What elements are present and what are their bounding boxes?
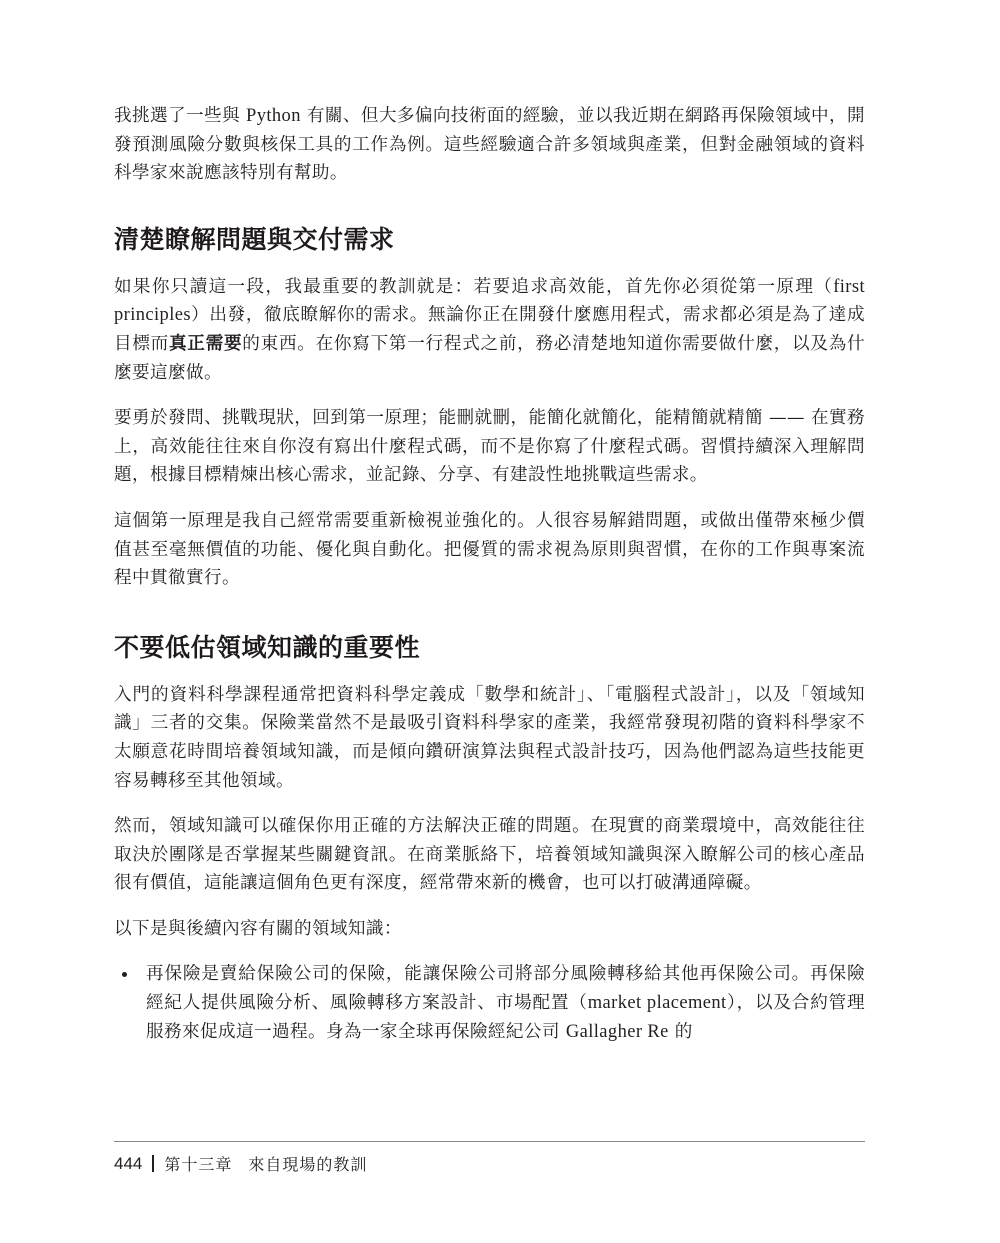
page-footer: 444 第十三章 來自現場的教訓 bbox=[114, 1141, 865, 1175]
footer-row: 444 第十三章 來自現場的教訓 bbox=[114, 1152, 865, 1175]
section-heading-domain-knowledge: 不要低估領域知識的重要性 bbox=[114, 631, 865, 665]
list-item: 再保險是賣給保險公司的保險，能讓保險公司將部分風險轉移給其他再保險公司。再保險經… bbox=[114, 960, 865, 1046]
domain-knowledge-list: 再保險是賣給保險公司的保險，能讓保險公司將部分風險轉移給其他再保險公司。再保險經… bbox=[114, 960, 865, 1046]
english-term: market placement bbox=[588, 993, 727, 1013]
company-name: Gallagher Re bbox=[566, 1022, 669, 1042]
page-number: 444 bbox=[114, 1154, 142, 1174]
chapter-title: 來自現場的教訓 bbox=[248, 1152, 367, 1175]
requirements-paragraph-3: 這個第一原理是我自己經常需要重新檢視並強化的。人很容易解錯問題，或做出僅帶來極少… bbox=[114, 507, 865, 593]
page-content: 我挑選了一些與 Python 有關、但大多偏向技術面的經驗，並以我近期在網路再保… bbox=[114, 102, 865, 1046]
text-run: 的 bbox=[669, 1022, 693, 1042]
bullet-icon bbox=[122, 972, 127, 977]
requirements-paragraph-2: 要勇於發問、挑戰現狀，回到第一原理；能刪就刪，能簡化就簡化，能精簡就精簡 —— … bbox=[114, 404, 865, 490]
chapter-label: 第十三章 bbox=[164, 1152, 232, 1175]
domain-paragraph-3: 以下是與後續內容有關的領域知識： bbox=[114, 915, 865, 944]
intro-paragraph: 我挑選了一些與 Python 有關、但大多偏向技術面的經驗，並以我近期在網路再保… bbox=[114, 102, 865, 188]
section-heading-requirements: 清楚瞭解問題與交付需求 bbox=[114, 223, 865, 257]
list-item-text: 再保險是賣給保險公司的保險，能讓保險公司將部分風險轉移給其他再保險公司。再保險經… bbox=[146, 960, 865, 1046]
domain-paragraph-1: 入門的資料科學課程通常把資料科學定義成「數學和統計」、「電腦程式設計」，以及「領… bbox=[114, 681, 865, 795]
domain-paragraph-2: 然而，領域知識可以確保你用正確的方法解決正確的問題。在現實的商業環境中，高效能往… bbox=[114, 812, 865, 898]
requirements-paragraph-1: 如果你只讀這一段，我最重要的教訓就是：若要追求高效能，首先你必須從第一原理（fi… bbox=[114, 273, 865, 387]
python-term: Python bbox=[246, 106, 301, 126]
footer-divider bbox=[114, 1141, 865, 1142]
emphasis-text: 真正需要 bbox=[169, 333, 242, 354]
footer-separator bbox=[152, 1155, 154, 1172]
text-run: 如果你只讀這一段，我最重要的教訓就是：若要追求高效能，首先你必須從第一原理（ bbox=[114, 277, 833, 297]
text-run: 我挑選了一些與 bbox=[114, 106, 246, 126]
